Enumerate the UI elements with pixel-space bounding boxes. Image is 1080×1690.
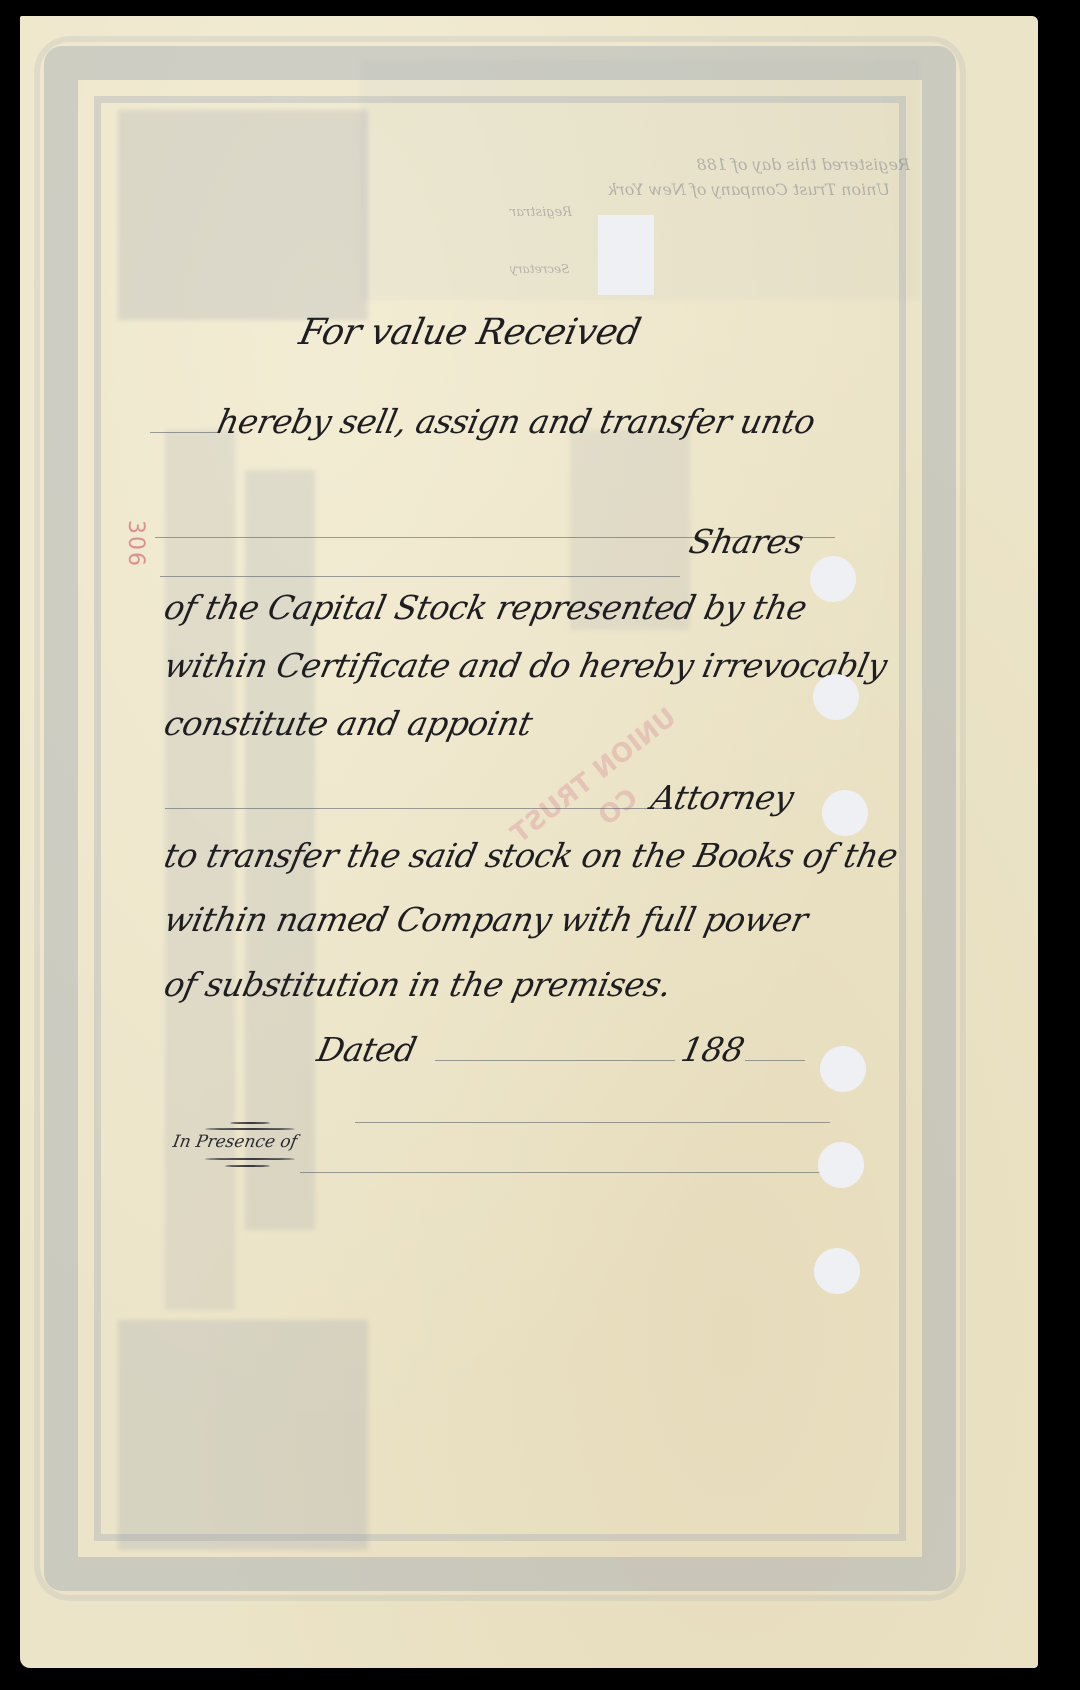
- attorney-name-rule: [165, 808, 665, 809]
- flourish-bottom: [225, 1165, 270, 1167]
- flourish-top: [230, 1122, 270, 1124]
- flourish-lower: [205, 1158, 295, 1160]
- bleed-registration-line1: Registered this day of 188: [650, 155, 910, 174]
- line-substitution: of substitution in the premises.: [161, 965, 675, 1004]
- year-prefix: 188: [678, 1030, 748, 1069]
- date-field-rule[interactable]: [435, 1060, 675, 1061]
- signature-rule[interactable]: [355, 1122, 830, 1123]
- bleed-through-vignette-top: [118, 110, 368, 320]
- line-hereby-sell: hereby sell, assign and transfer unto: [214, 402, 819, 441]
- bleed-through-vignette-bottom: [118, 1320, 368, 1550]
- line-capital-stock: of the Capital Stock represented by the: [161, 588, 810, 627]
- bleed-registration-line2: Union Trust Company of New York: [500, 180, 890, 199]
- in-presence-of-text: In Presence of: [171, 1132, 298, 1152]
- witness-signature-rule[interactable]: [300, 1172, 830, 1173]
- bleed-registration-line3: Registrar: [510, 205, 572, 220]
- cancellation-hole-2: [813, 674, 859, 720]
- cancellation-hole-1: [810, 556, 856, 602]
- bleed-registration-line4: Secretary: [510, 262, 569, 276]
- cancellation-hole-4: [820, 1046, 866, 1092]
- line-constitute-appoint: constitute and appoint: [161, 704, 536, 743]
- line-to-transfer: to transfer the said stock on the Books …: [161, 836, 901, 875]
- cancellation-slot: [598, 215, 654, 295]
- line-within-named-company: within named Company with full power: [161, 900, 811, 939]
- dated-label: Dated: [314, 1030, 420, 1069]
- transferee-rule-left: [150, 432, 220, 433]
- shares-rule: [160, 576, 680, 577]
- year-suffix-rule[interactable]: [745, 1060, 805, 1061]
- cancellation-hole-6: [814, 1248, 860, 1294]
- heading-for-value-received: For value Received: [296, 312, 644, 353]
- serial-number-bleed: 306: [123, 520, 148, 568]
- flourish-upper: [205, 1128, 295, 1130]
- cancellation-hole-3: [822, 790, 868, 836]
- line-within-certificate: within Certificate and do hereby irrevoc…: [161, 646, 890, 685]
- cancellation-hole-5: [818, 1142, 864, 1188]
- in-presence-of-label: In Presence of: [165, 1118, 335, 1168]
- line-attorney: Attorney: [648, 778, 797, 817]
- line-shares: Shares: [686, 522, 807, 561]
